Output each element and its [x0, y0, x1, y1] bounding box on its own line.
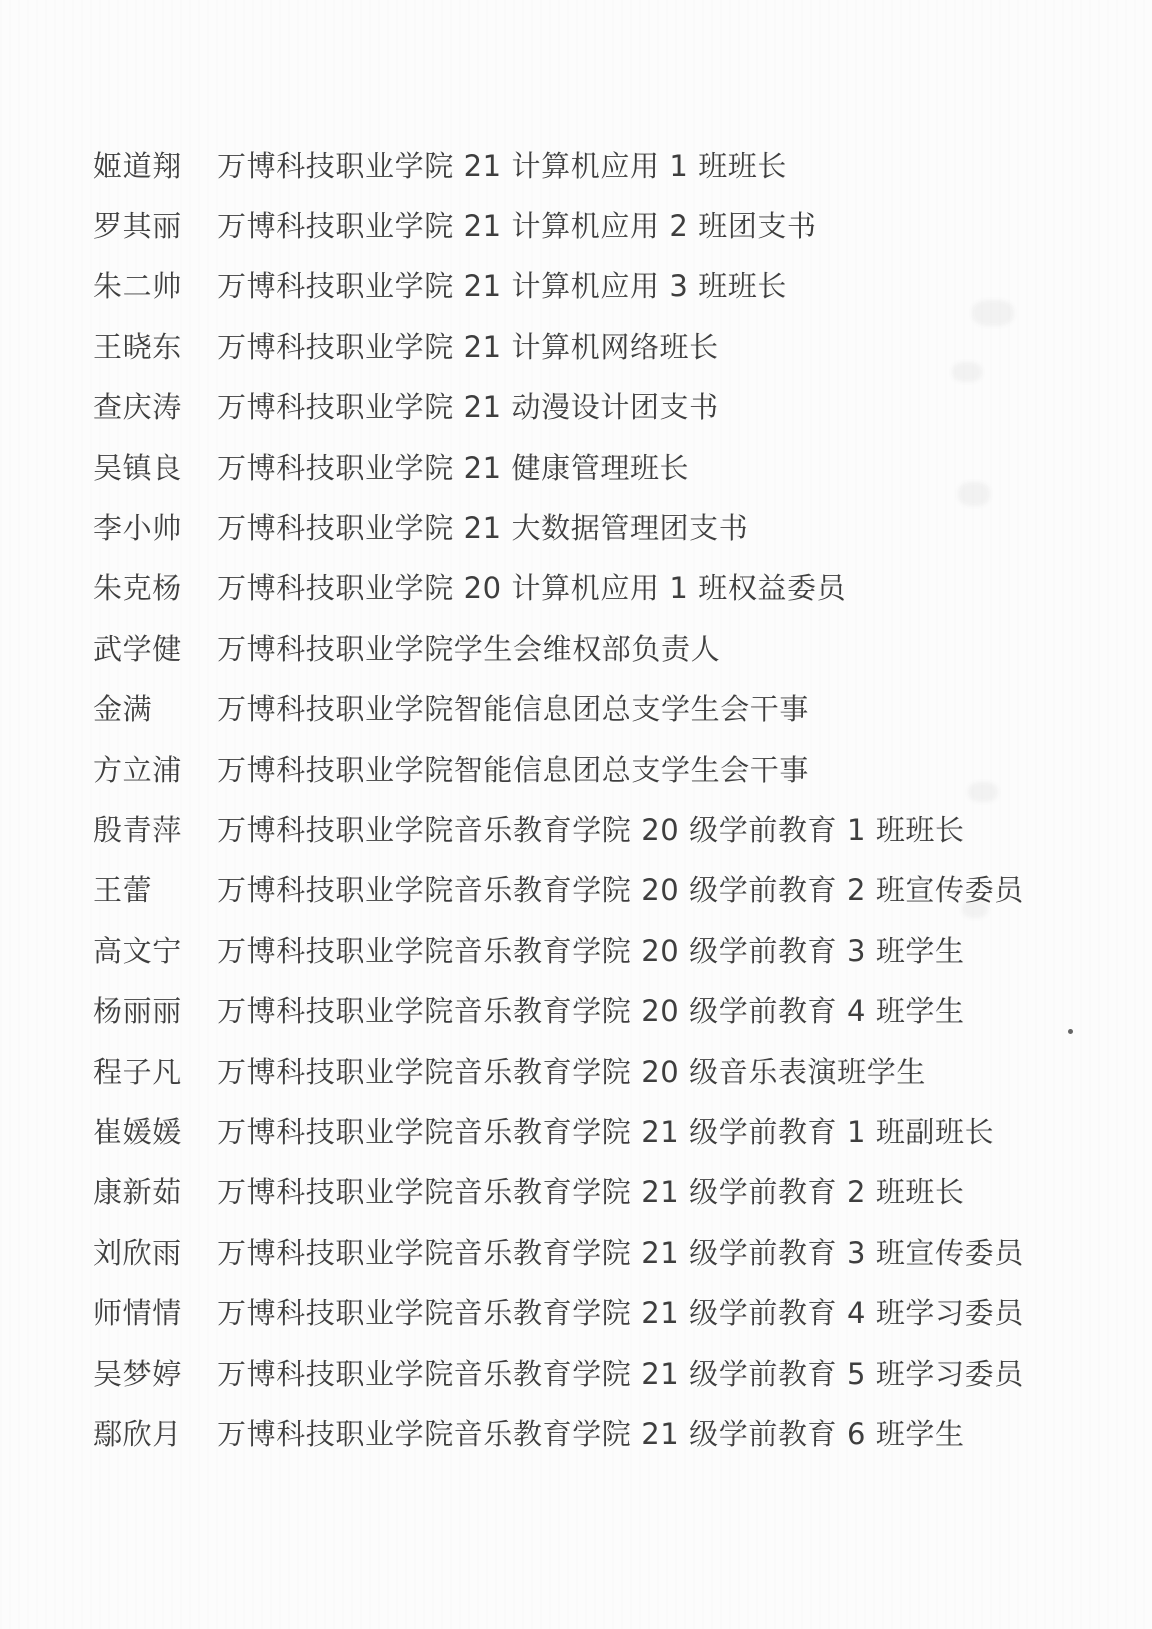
person-position: 万博科技职业学院 21 健康管理班长 — [217, 446, 1024, 487]
person-position: 万博科技职业学院音乐教育学院 20 级学前教育 3 班学生 — [217, 929, 1024, 970]
person-name: 查庆涛 — [93, 385, 217, 426]
person-position: 万博科技职业学院音乐教育学院 20 级音乐表演班学生 — [217, 1050, 1024, 1091]
person-position: 万博科技职业学院 21 大数据管理团支书 — [217, 506, 1024, 547]
person-name: 王晓东 — [93, 325, 217, 366]
person-position: 万博科技职业学院智能信息团总支学生会干事 — [217, 687, 1024, 728]
person-name: 吴梦婷 — [93, 1352, 217, 1393]
person-name: 朱二帅 — [93, 264, 217, 305]
roster-row: 方立浦 万博科技职业学院智能信息团总支学生会干事 — [93, 738, 1024, 798]
person-name: 康新茹 — [93, 1170, 217, 1211]
scan-smudge-artifact — [968, 782, 998, 802]
roster-row: 王蕾 万博科技职业学院音乐教育学院 20 级学前教育 2 班宣传委员 — [93, 859, 1024, 919]
scan-smudge-artifact — [952, 362, 982, 382]
person-name: 崔媛媛 — [93, 1110, 217, 1151]
roster-row: 王晓东 万博科技职业学院 21 计算机网络班长 — [93, 315, 1024, 375]
person-name: 李小帅 — [93, 506, 217, 547]
person-position: 万博科技职业学院音乐教育学院 21 级学前教育 4 班学习委员 — [217, 1291, 1024, 1332]
person-position: 万博科技职业学院 21 计算机网络班长 — [217, 325, 1024, 366]
roster-row: 朱克杨 万博科技职业学院 20 计算机应用 1 班权益委员 — [93, 557, 1024, 617]
roster-row: 康新茹 万博科技职业学院音乐教育学院 21 级学前教育 2 班班长 — [93, 1161, 1024, 1221]
roster-row: 殷青萍 万博科技职业学院音乐教育学院 20 级学前教育 1 班班长 — [93, 798, 1024, 858]
person-position: 万博科技职业学院音乐教育学院 20 级学前教育 2 班宣传委员 — [217, 868, 1024, 909]
roster-row: 高文宁 万博科技职业学院音乐教育学院 20 级学前教育 3 班学生 — [93, 919, 1024, 979]
roster-row: 吴梦婷 万博科技职业学院音乐教育学院 21 级学前教育 5 班学习委员 — [93, 1342, 1024, 1402]
person-name: 殷青萍 — [93, 808, 217, 849]
roster-row: 崔媛媛 万博科技职业学院音乐教育学院 21 级学前教育 1 班副班长 — [93, 1100, 1024, 1160]
roster-row: 武学健 万博科技职业学院学生会维权部负责人 — [93, 617, 1024, 677]
person-name: 武学健 — [93, 627, 217, 668]
roster-row: 姬道翔 万博科技职业学院 21 计算机应用 1 班班长 — [93, 134, 1024, 194]
person-name: 杨丽丽 — [93, 989, 217, 1030]
roster-row: 程子凡 万博科技职业学院音乐教育学院 20 级音乐表演班学生 — [93, 1040, 1024, 1100]
person-name: 罗其丽 — [93, 204, 217, 245]
roster-row: 吴镇良 万博科技职业学院 21 健康管理班长 — [93, 436, 1024, 496]
person-name: 方立浦 — [93, 748, 217, 789]
roster-row: 金满 万博科技职业学院智能信息团总支学生会干事 — [93, 678, 1024, 738]
roster-row: 查庆涛 万博科技职业学院 21 动漫设计团支书 — [93, 376, 1024, 436]
person-name: 王蕾 — [93, 868, 217, 909]
scan-speck-artifact — [1068, 1029, 1073, 1034]
person-position: 万博科技职业学院音乐教育学院 21 级学前教育 5 班学习委员 — [217, 1352, 1024, 1393]
scan-smudge-artifact — [958, 482, 990, 506]
person-position: 万博科技职业学院音乐教育学院 21 级学前教育 6 班学生 — [217, 1412, 1024, 1453]
person-position: 万博科技职业学院音乐教育学院 20 级学前教育 4 班学生 — [217, 989, 1024, 1030]
roster-list: 姬道翔 万博科技职业学院 21 计算机应用 1 班班长 罗其丽 万博科技职业学院… — [93, 134, 1024, 1463]
person-name: 高文宁 — [93, 929, 217, 970]
roster-row: 师情情 万博科技职业学院音乐教育学院 21 级学前教育 4 班学习委员 — [93, 1281, 1024, 1341]
person-position: 万博科技职业学院 21 计算机应用 3 班班长 — [217, 264, 1024, 305]
person-position: 万博科技职业学院音乐教育学院 21 级学前教育 3 班宣传委员 — [217, 1231, 1024, 1272]
person-name: 朱克杨 — [93, 566, 217, 607]
person-position: 万博科技职业学院音乐教育学院 21 级学前教育 1 班副班长 — [217, 1110, 1024, 1151]
person-position: 万博科技职业学院音乐教育学院 20 级学前教育 1 班班长 — [217, 808, 1024, 849]
roster-row: 鄢欣月 万博科技职业学院音乐教育学院 21 级学前教育 6 班学生 — [93, 1402, 1024, 1462]
person-name: 鄢欣月 — [93, 1412, 217, 1453]
roster-row: 罗其丽 万博科技职业学院 21 计算机应用 2 班团支书 — [93, 194, 1024, 254]
person-name: 程子凡 — [93, 1050, 217, 1091]
roster-row: 杨丽丽 万博科技职业学院音乐教育学院 20 级学前教育 4 班学生 — [93, 979, 1024, 1039]
person-name: 吴镇良 — [93, 446, 217, 487]
scan-smudge-artifact — [972, 300, 1014, 326]
person-position: 万博科技职业学院学生会维权部负责人 — [217, 627, 1024, 668]
roster-row: 李小帅 万博科技职业学院 21 大数据管理团支书 — [93, 496, 1024, 556]
person-name: 姬道翔 — [93, 144, 217, 185]
roster-row: 刘欣雨 万博科技职业学院音乐教育学院 21 级学前教育 3 班宣传委员 — [93, 1221, 1024, 1281]
person-name: 刘欣雨 — [93, 1231, 217, 1272]
person-position: 万博科技职业学院智能信息团总支学生会干事 — [217, 748, 1024, 789]
person-position: 万博科技职业学院 21 动漫设计团支书 — [217, 385, 1024, 426]
person-position: 万博科技职业学院 21 计算机应用 1 班班长 — [217, 144, 1024, 185]
person-name: 金满 — [93, 687, 217, 728]
scan-smudge-artifact — [962, 900, 988, 918]
person-position: 万博科技职业学院 20 计算机应用 1 班权益委员 — [217, 566, 1024, 607]
person-position: 万博科技职业学院音乐教育学院 21 级学前教育 2 班班长 — [217, 1170, 1024, 1211]
person-name: 师情情 — [93, 1291, 217, 1332]
scanned-document-page: 姬道翔 万博科技职业学院 21 计算机应用 1 班班长 罗其丽 万博科技职业学院… — [0, 0, 1152, 1629]
roster-row: 朱二帅 万博科技职业学院 21 计算机应用 3 班班长 — [93, 255, 1024, 315]
person-position: 万博科技职业学院 21 计算机应用 2 班团支书 — [217, 204, 1024, 245]
